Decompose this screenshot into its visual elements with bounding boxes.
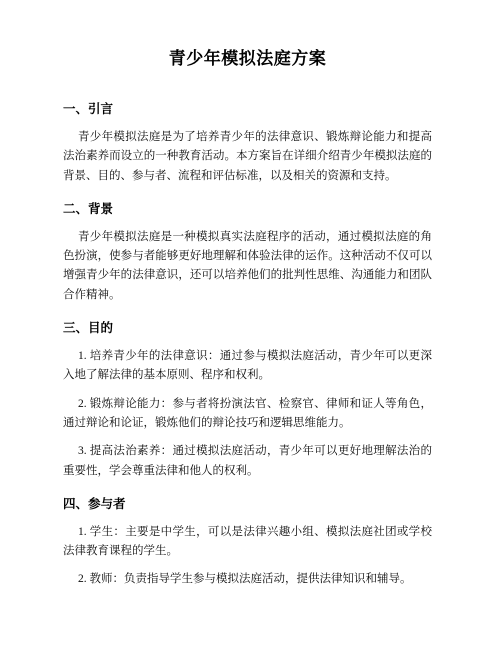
document-body: 一、引言青少年模拟法庭是为了培养青少年的法律意识、锻炼辩论能力和提高法治素养而设… <box>63 101 432 590</box>
paragraph: 2. 教师：负责指导学生参与模拟法庭活动，提供法律知识和辅导。 <box>63 570 432 589</box>
paragraph: 2. 锻炼辩论能力：参与者将扮演法官、检察官、律师和证人等角色，通过辩论和论证，… <box>63 395 432 434</box>
paragraph: 青少年模拟法庭是为了培养青少年的法律意识、锻炼辩论能力和提高法治素养而设立的一种… <box>63 128 432 186</box>
paragraph: 青少年模拟法庭是一种模拟真实法庭程序的活动，通过模拟法庭的角色扮演，使参与者能够… <box>63 228 432 305</box>
paragraph: 1. 培养青少年的法律意识：通过参与模拟法庭活动，青少年可以更深入地了解法律的基… <box>63 347 432 386</box>
document-title: 青少年模拟法庭方案 <box>63 47 432 71</box>
section-heading: 一、引言 <box>63 101 432 118</box>
section-heading: 四、参与者 <box>63 496 432 513</box>
section-heading: 三、目的 <box>63 320 432 337</box>
paragraph: 3. 提高法治素养：通过模拟法庭活动，青少年可以更好地理解法治的重要性，学会尊重… <box>63 442 432 481</box>
section-heading: 二、背景 <box>63 201 432 218</box>
paragraph: 1. 学生：主要是中学生，可以是法律兴趣小组、模拟法庭社团或学校法律教育课程的学… <box>63 523 432 562</box>
document-page: 青少年模拟法庭方案 一、引言青少年模拟法庭是为了培养青少年的法律意识、锻炼辩论能… <box>0 0 502 649</box>
